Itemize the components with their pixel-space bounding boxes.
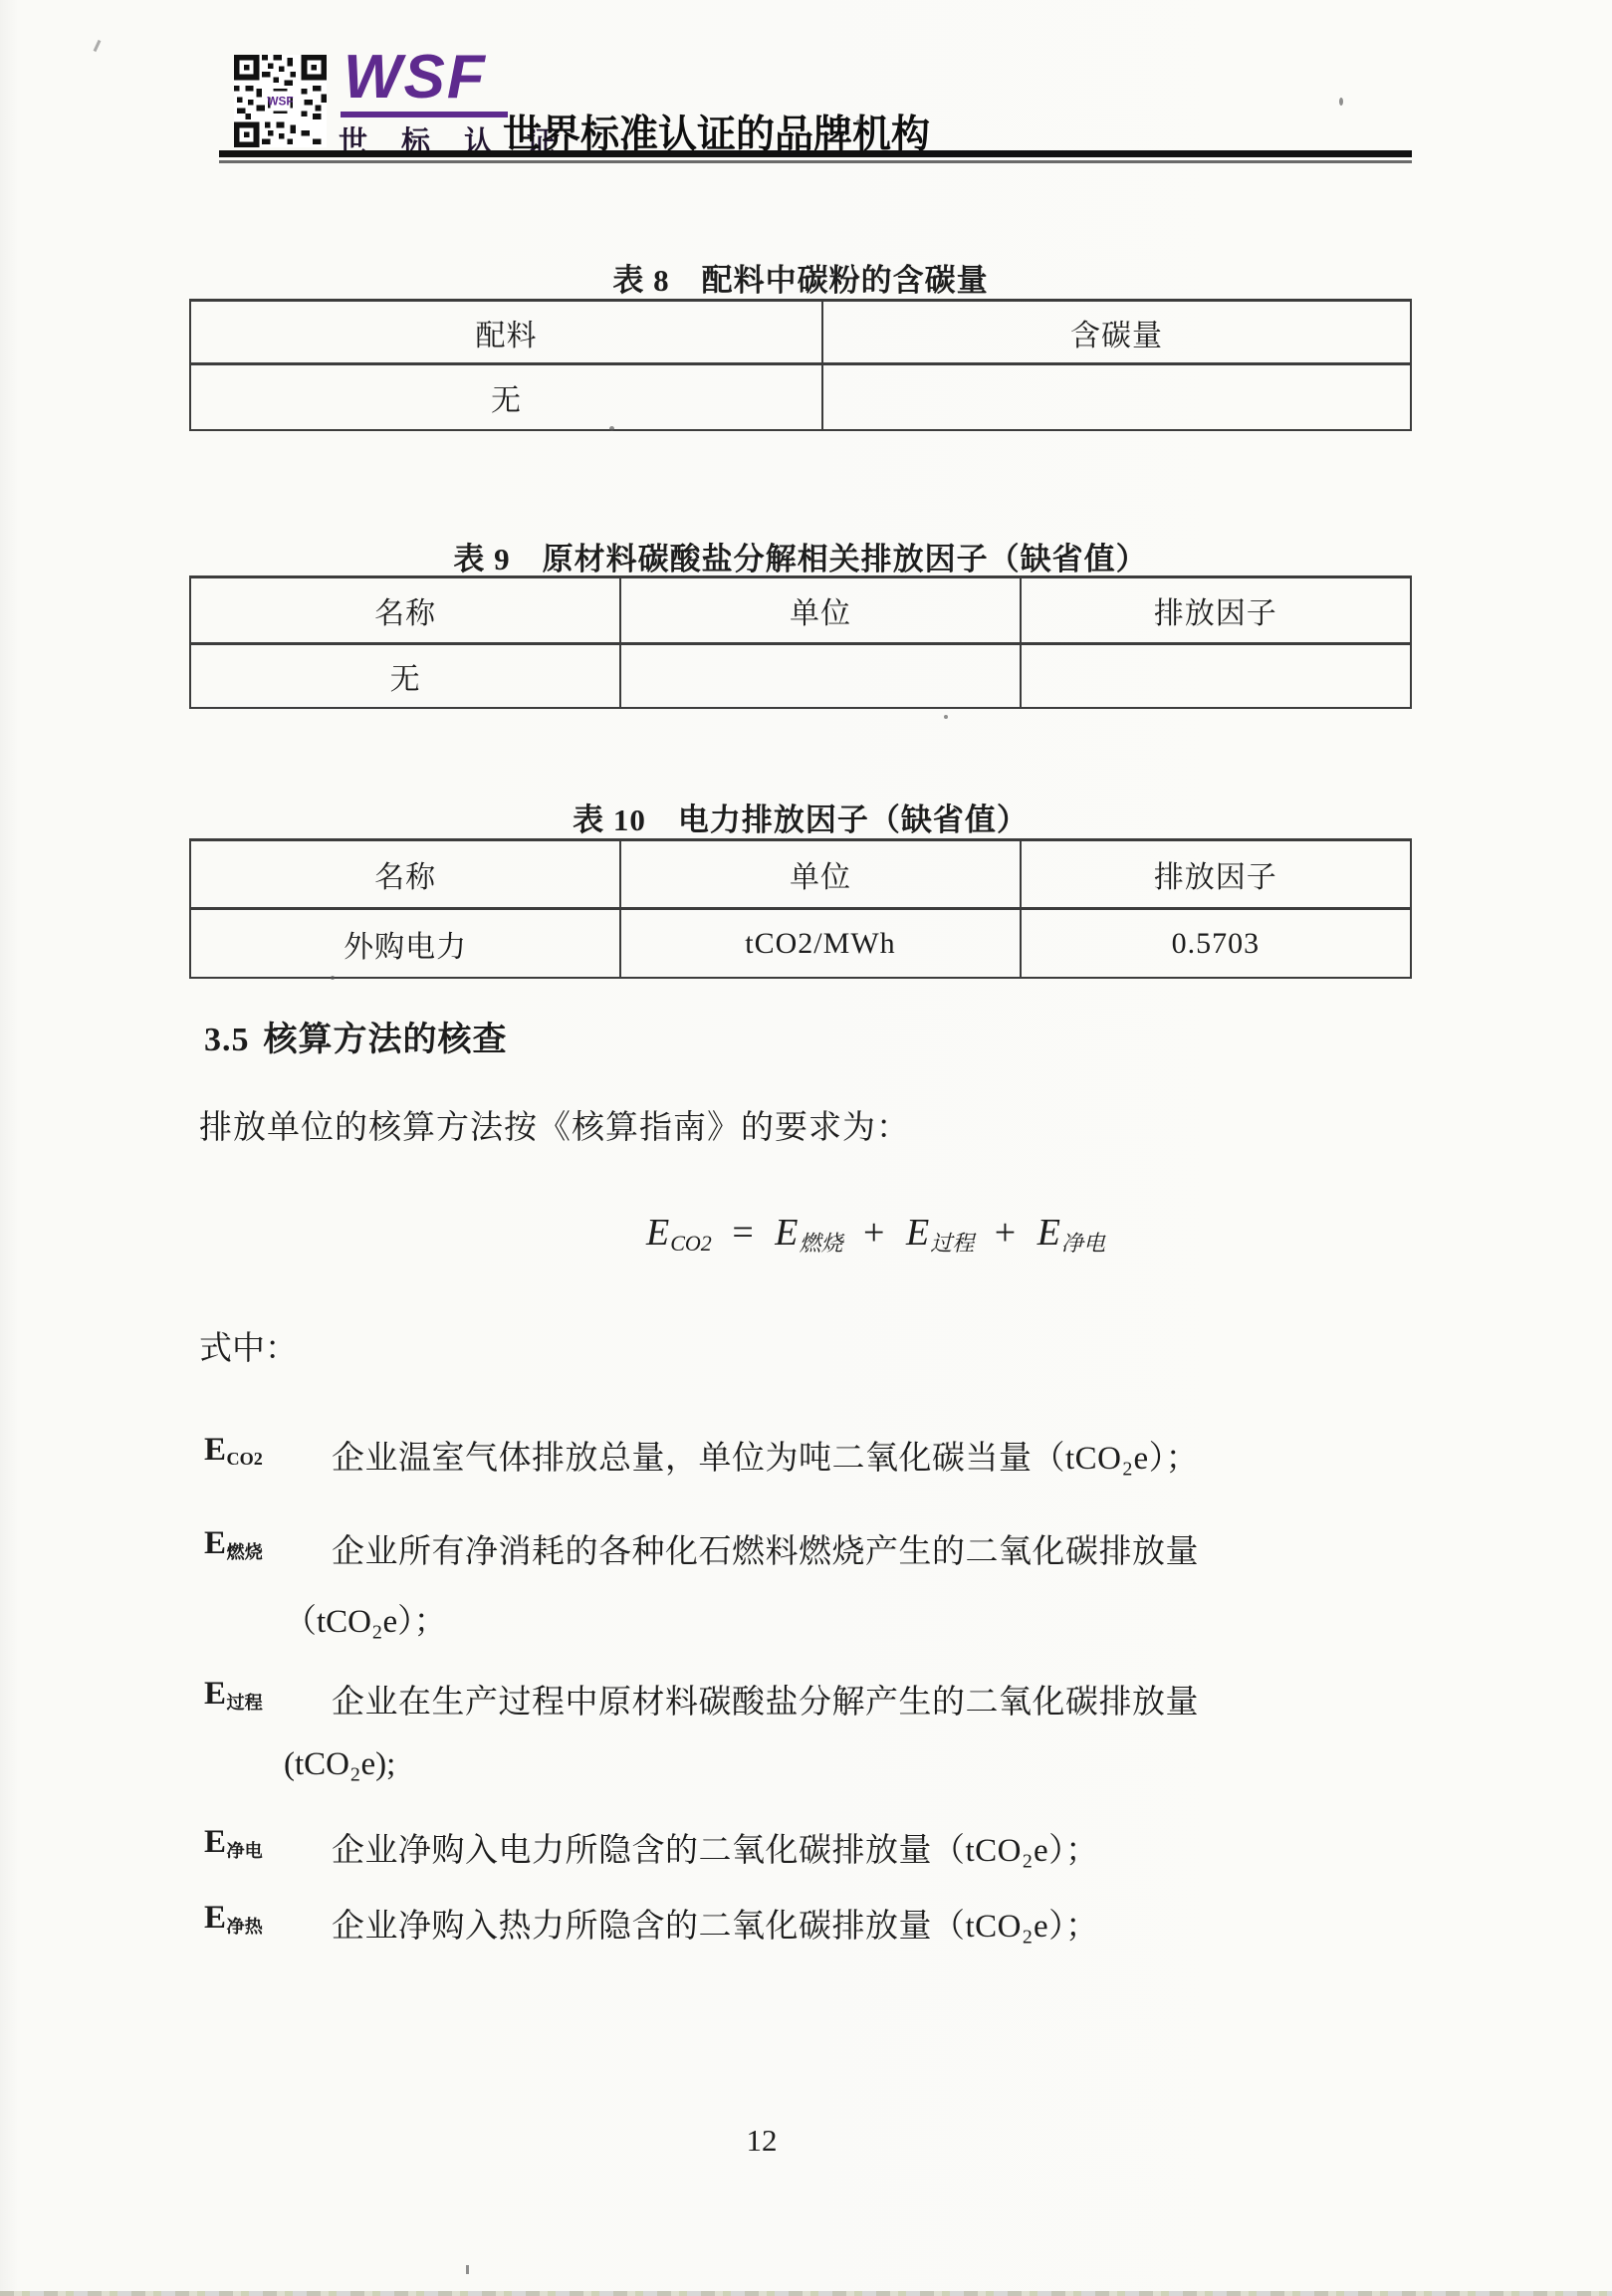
section-heading: 3.5核算方法的核查 (204, 1012, 508, 1060)
table-8-header-cell: 配料 (191, 302, 823, 362)
table-9-header-cell: 排放因子 (1022, 578, 1410, 642)
scan-speck (466, 2265, 469, 2274)
definition-term-sub: 净热 (227, 1917, 263, 1937)
formula-term-sub: 燃烧 (799, 1231, 842, 1256)
definition-term: E净电 (204, 1824, 332, 1871)
definition-row: E净电 企业净购入电力所隐含的二氧化碳排放量（tCO₂e）； (204, 1824, 1469, 1871)
table-8-header-row: 配料 含碳量 (191, 302, 1410, 365)
table-8-cell: 无 (191, 365, 823, 429)
page-number: 12 (0, 2123, 1523, 2159)
table-8-cell (823, 365, 1410, 429)
definition-term: E净热 (204, 1900, 332, 1947)
table-10-cell: 外购电力 (191, 910, 621, 977)
table-10-data-row: 外购电力 tCO2/MWh 0.5703 (191, 910, 1410, 977)
table-9-header-row: 名称 单位 排放因子 (191, 578, 1410, 645)
definition-continuation: (tCO₂e); (284, 1746, 395, 1783)
formula-term-sub: 过程 (930, 1231, 974, 1256)
scan-speck (94, 40, 102, 52)
definition-desc: 企业净购入热力所隐含的二氧化碳排放量（tCO₂e）； (332, 1900, 1469, 1947)
table-9: 名称 单位 排放因子 无 (189, 575, 1412, 709)
definition-desc: 企业净购入电力所隐含的二氧化碳排放量（tCO₂e）； (332, 1824, 1469, 1871)
formula-term-base: E (775, 1212, 799, 1254)
table-9-data-row: 无 (191, 645, 1410, 707)
table-10-header-row: 名称 单位 排放因子 (191, 841, 1410, 910)
definition-term: ECO2 (204, 1432, 332, 1479)
definition-row: ECO2 企业温室气体排放总量，单位为吨二氧化碳当量（tCO₂e）； (204, 1432, 1469, 1479)
definition-row: E燃烧 企业所有净消耗的各种化石燃料燃烧产生的二氧化碳排放量 (204, 1525, 1469, 1572)
definition-row: E过程 企业在生产过程中原材料碳酸盐分解产生的二氧化碳排放量 (204, 1676, 1469, 1722)
definition-term-base: E (204, 1824, 227, 1860)
scan-speck (856, 119, 861, 124)
plus-sign: + (985, 1212, 1027, 1254)
definition-term: E过程 (204, 1676, 332, 1722)
definition-term-base: E (204, 1676, 227, 1712)
definition-term-base: E (204, 1900, 227, 1936)
qr-code-icon: WSF (234, 55, 327, 147)
header-rule (219, 150, 1412, 157)
definition-term-sub: 过程 (227, 1693, 263, 1713)
definition-desc: 企业所有净消耗的各种化石燃料燃烧产生的二氧化碳排放量 (332, 1525, 1469, 1572)
section-title: 核算方法的核查 (264, 1022, 508, 1058)
where-label: 式中： (199, 1322, 298, 1369)
document-page: WSF WSF 世 标 认 证 世界标准认证的品牌机构 表 8 配料中碳粉的含碳… (0, 0, 1612, 2296)
section-number: 3.5 (204, 1022, 250, 1058)
table-10-header-cell: 单位 (621, 841, 1021, 907)
definition-desc: 企业温室气体排放总量，单位为吨二氧化碳当量（tCO₂e）； (332, 1432, 1469, 1479)
formula-term-base: E (1037, 1212, 1061, 1254)
brand-underline (341, 112, 508, 117)
table-10-header-cell: 排放因子 (1022, 841, 1410, 907)
definition-term-sub: CO2 (227, 1449, 263, 1469)
intro-paragraph: 排放单位的核算方法按《核算指南》的要求为： (199, 1101, 910, 1148)
table-10-header-cell: 名称 (191, 841, 621, 907)
scan-speck (1339, 98, 1343, 106)
svg-text:WSF: WSF (267, 95, 293, 109)
scan-bottom-edge (0, 2291, 1612, 2296)
table-8-header-cell: 含碳量 (823, 302, 1410, 362)
formula-term-sub: 净电 (1061, 1231, 1105, 1256)
table-9-header-cell: 名称 (191, 578, 621, 642)
formula-term-base: E (906, 1212, 930, 1254)
definition-term-base: E (204, 1525, 227, 1561)
table-8-title: 表 8 配料中碳粉的含碳量 (189, 255, 1412, 300)
table-10: 名称 单位 排放因子 外购电力 tCO2/MWh 0.5703 (189, 838, 1412, 979)
brand-acronym: WSF (344, 42, 487, 113)
table-8: 配料 含碳量 无 (189, 299, 1412, 431)
definition-term-base: E (204, 1432, 227, 1468)
table-9-cell (1022, 645, 1410, 707)
formula: ECO2 = E燃烧 + E过程 + E净电 (70, 1211, 1612, 1258)
table-9-title: 表 9 原材料碳酸盐分解相关排放因子（缺省值） (189, 534, 1412, 578)
formula-lhs-sub: CO2 (670, 1231, 712, 1256)
definition-term: E燃烧 (204, 1525, 332, 1572)
definition-continuation: （tCO₂e）； (284, 1595, 447, 1642)
header-rule-thin (219, 160, 1412, 163)
scan-speck (331, 976, 335, 980)
table-9-cell (621, 645, 1021, 707)
table-10-cell: tCO2/MWh (621, 910, 1021, 977)
definition-term-sub: 燃烧 (227, 1542, 263, 1562)
scan-speck (609, 426, 614, 431)
definition-row: E净热 企业净购入热力所隐含的二氧化碳排放量（tCO₂e）； (204, 1900, 1469, 1947)
definition-term-sub: 净电 (227, 1841, 263, 1861)
table-9-header-cell: 单位 (621, 578, 1021, 642)
table-8-data-row: 无 (191, 365, 1410, 429)
table-10-cell: 0.5703 (1022, 910, 1410, 977)
equals-sign: = (722, 1212, 764, 1254)
definition-desc: 企业在生产过程中原材料碳酸盐分解产生的二氧化碳排放量 (332, 1676, 1469, 1722)
table-10-title: 表 10 电力排放因子（缺省值） (189, 795, 1412, 839)
table-9-cell: 无 (191, 645, 621, 707)
scan-speck (944, 715, 948, 719)
plus-sign: + (853, 1212, 895, 1254)
formula-lhs-base: E (646, 1212, 670, 1254)
